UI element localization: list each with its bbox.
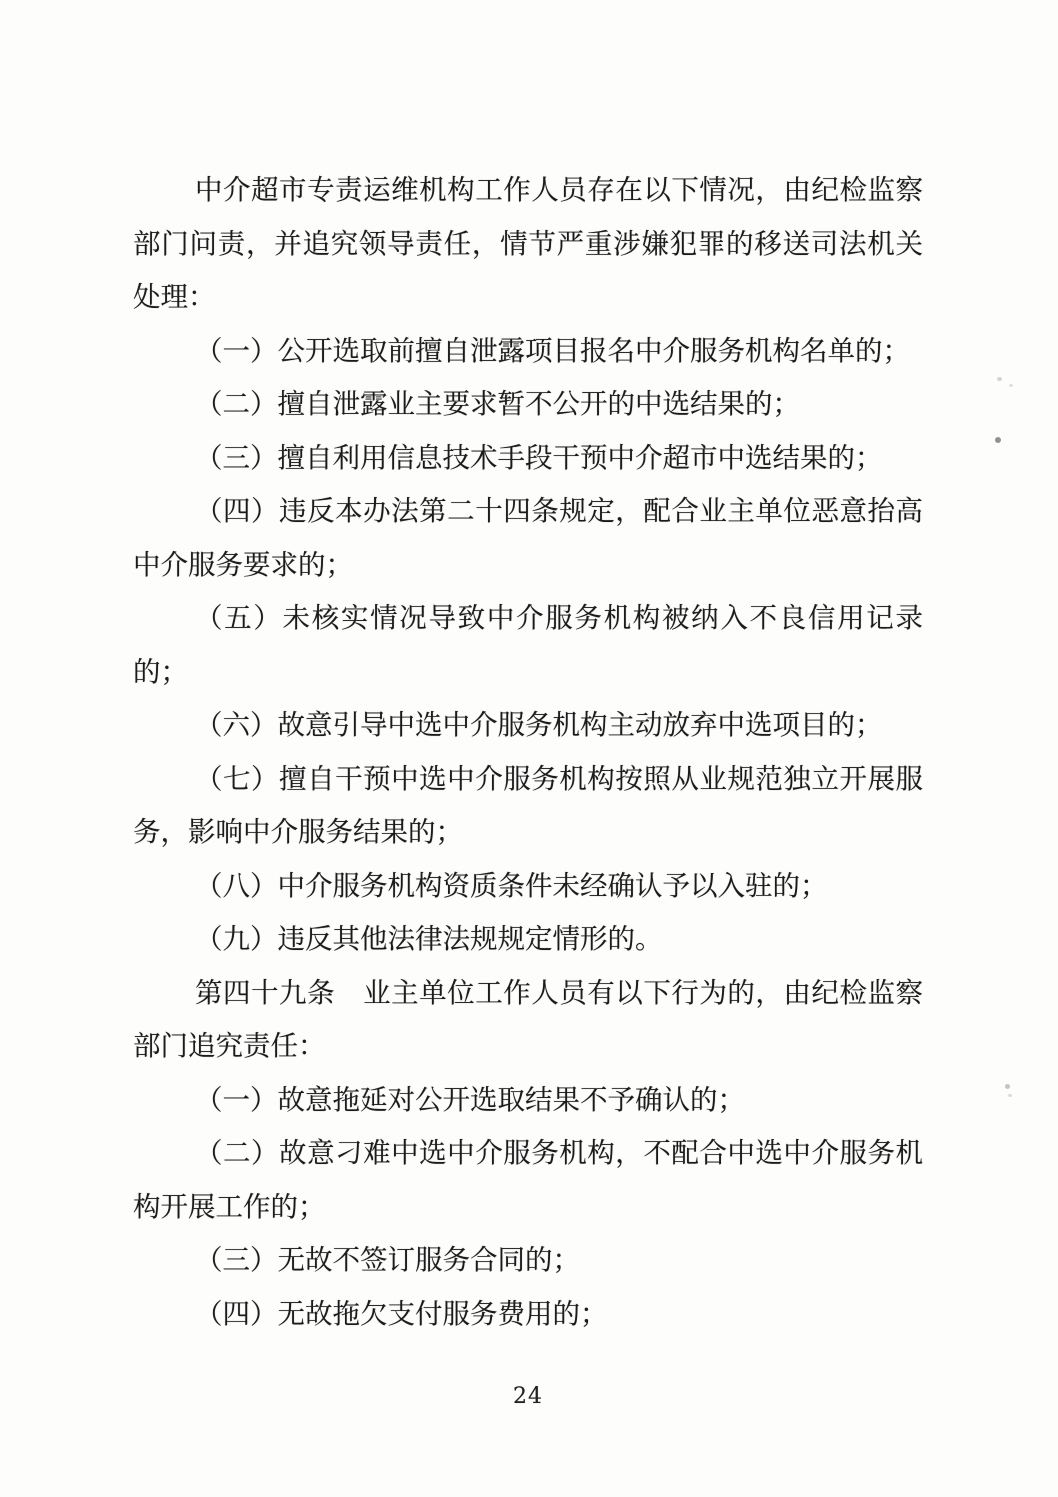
- text-line: （四）无故拖欠支付服务费用的；: [133, 1288, 923, 1342]
- text-line: 第四十九条 业主单位工作人员有以下行为的，由纪检监察: [133, 967, 923, 1021]
- text-line: （一）公开选取前擅自泄露项目报名中介服务机构名单的；: [133, 325, 923, 379]
- text-line: 部门问责，并追究领导责任，情节严重涉嫌犯罪的移送司法机关: [133, 218, 923, 272]
- text-line: （八）中介服务机构资质条件未经确认予以入驻的；: [133, 860, 923, 914]
- text-line: （三）无故不签订服务合同的；: [133, 1234, 923, 1288]
- text-line: （三）擅自利用信息技术手段干预中介超市中选结果的；: [133, 432, 923, 486]
- text-line: 的；: [133, 646, 923, 700]
- text-line: 部门追究责任：: [133, 1020, 923, 1074]
- scan-artifact: [1005, 1084, 1010, 1089]
- text-line: （二）故意刁难中选中介服务机构，不配合中选中介服务机: [133, 1127, 923, 1181]
- text-line: （一）故意拖延对公开选取结果不予确认的；: [133, 1074, 923, 1128]
- text-line: 处理：: [133, 271, 923, 325]
- text-line: （四）违反本办法第二十四条规定，配合业主单位恶意抬高: [133, 485, 923, 539]
- text-line: （九）违反其他法律法规规定情形的。: [133, 913, 923, 967]
- scan-artifact: [997, 377, 1002, 381]
- document-page: 中介超市专责运维机构工作人员存在以下情况，由纪检监察部门问责，并追究领导责任，情…: [0, 0, 1058, 1497]
- scan-artifact: [1008, 1094, 1012, 1097]
- page-number: 24: [133, 1384, 923, 1409]
- text-line: （五）未核实情况导致中介服务机构被纳入不良信用记录: [133, 592, 923, 646]
- text-line: （二）擅自泄露业主要求暂不公开的中选结果的；: [133, 378, 923, 432]
- text-line: 务，影响中介服务结果的；: [133, 806, 923, 860]
- text-line: 中介服务要求的；: [133, 539, 923, 593]
- text-line: 构开展工作的；: [133, 1181, 923, 1235]
- document-body: 中介超市专责运维机构工作人员存在以下情况，由纪检监察部门问责，并追究领导责任，情…: [133, 164, 923, 1341]
- scan-artifact: [1009, 384, 1013, 387]
- text-line: （六）故意引导中选中介服务机构主动放弃中选项目的；: [133, 699, 923, 753]
- scan-artifact: [995, 437, 1001, 443]
- text-line: （七）擅自干预中选中介服务机构按照从业规范独立开展服: [133, 753, 923, 807]
- text-line: 中介超市专责运维机构工作人员存在以下情况，由纪检监察: [133, 164, 923, 218]
